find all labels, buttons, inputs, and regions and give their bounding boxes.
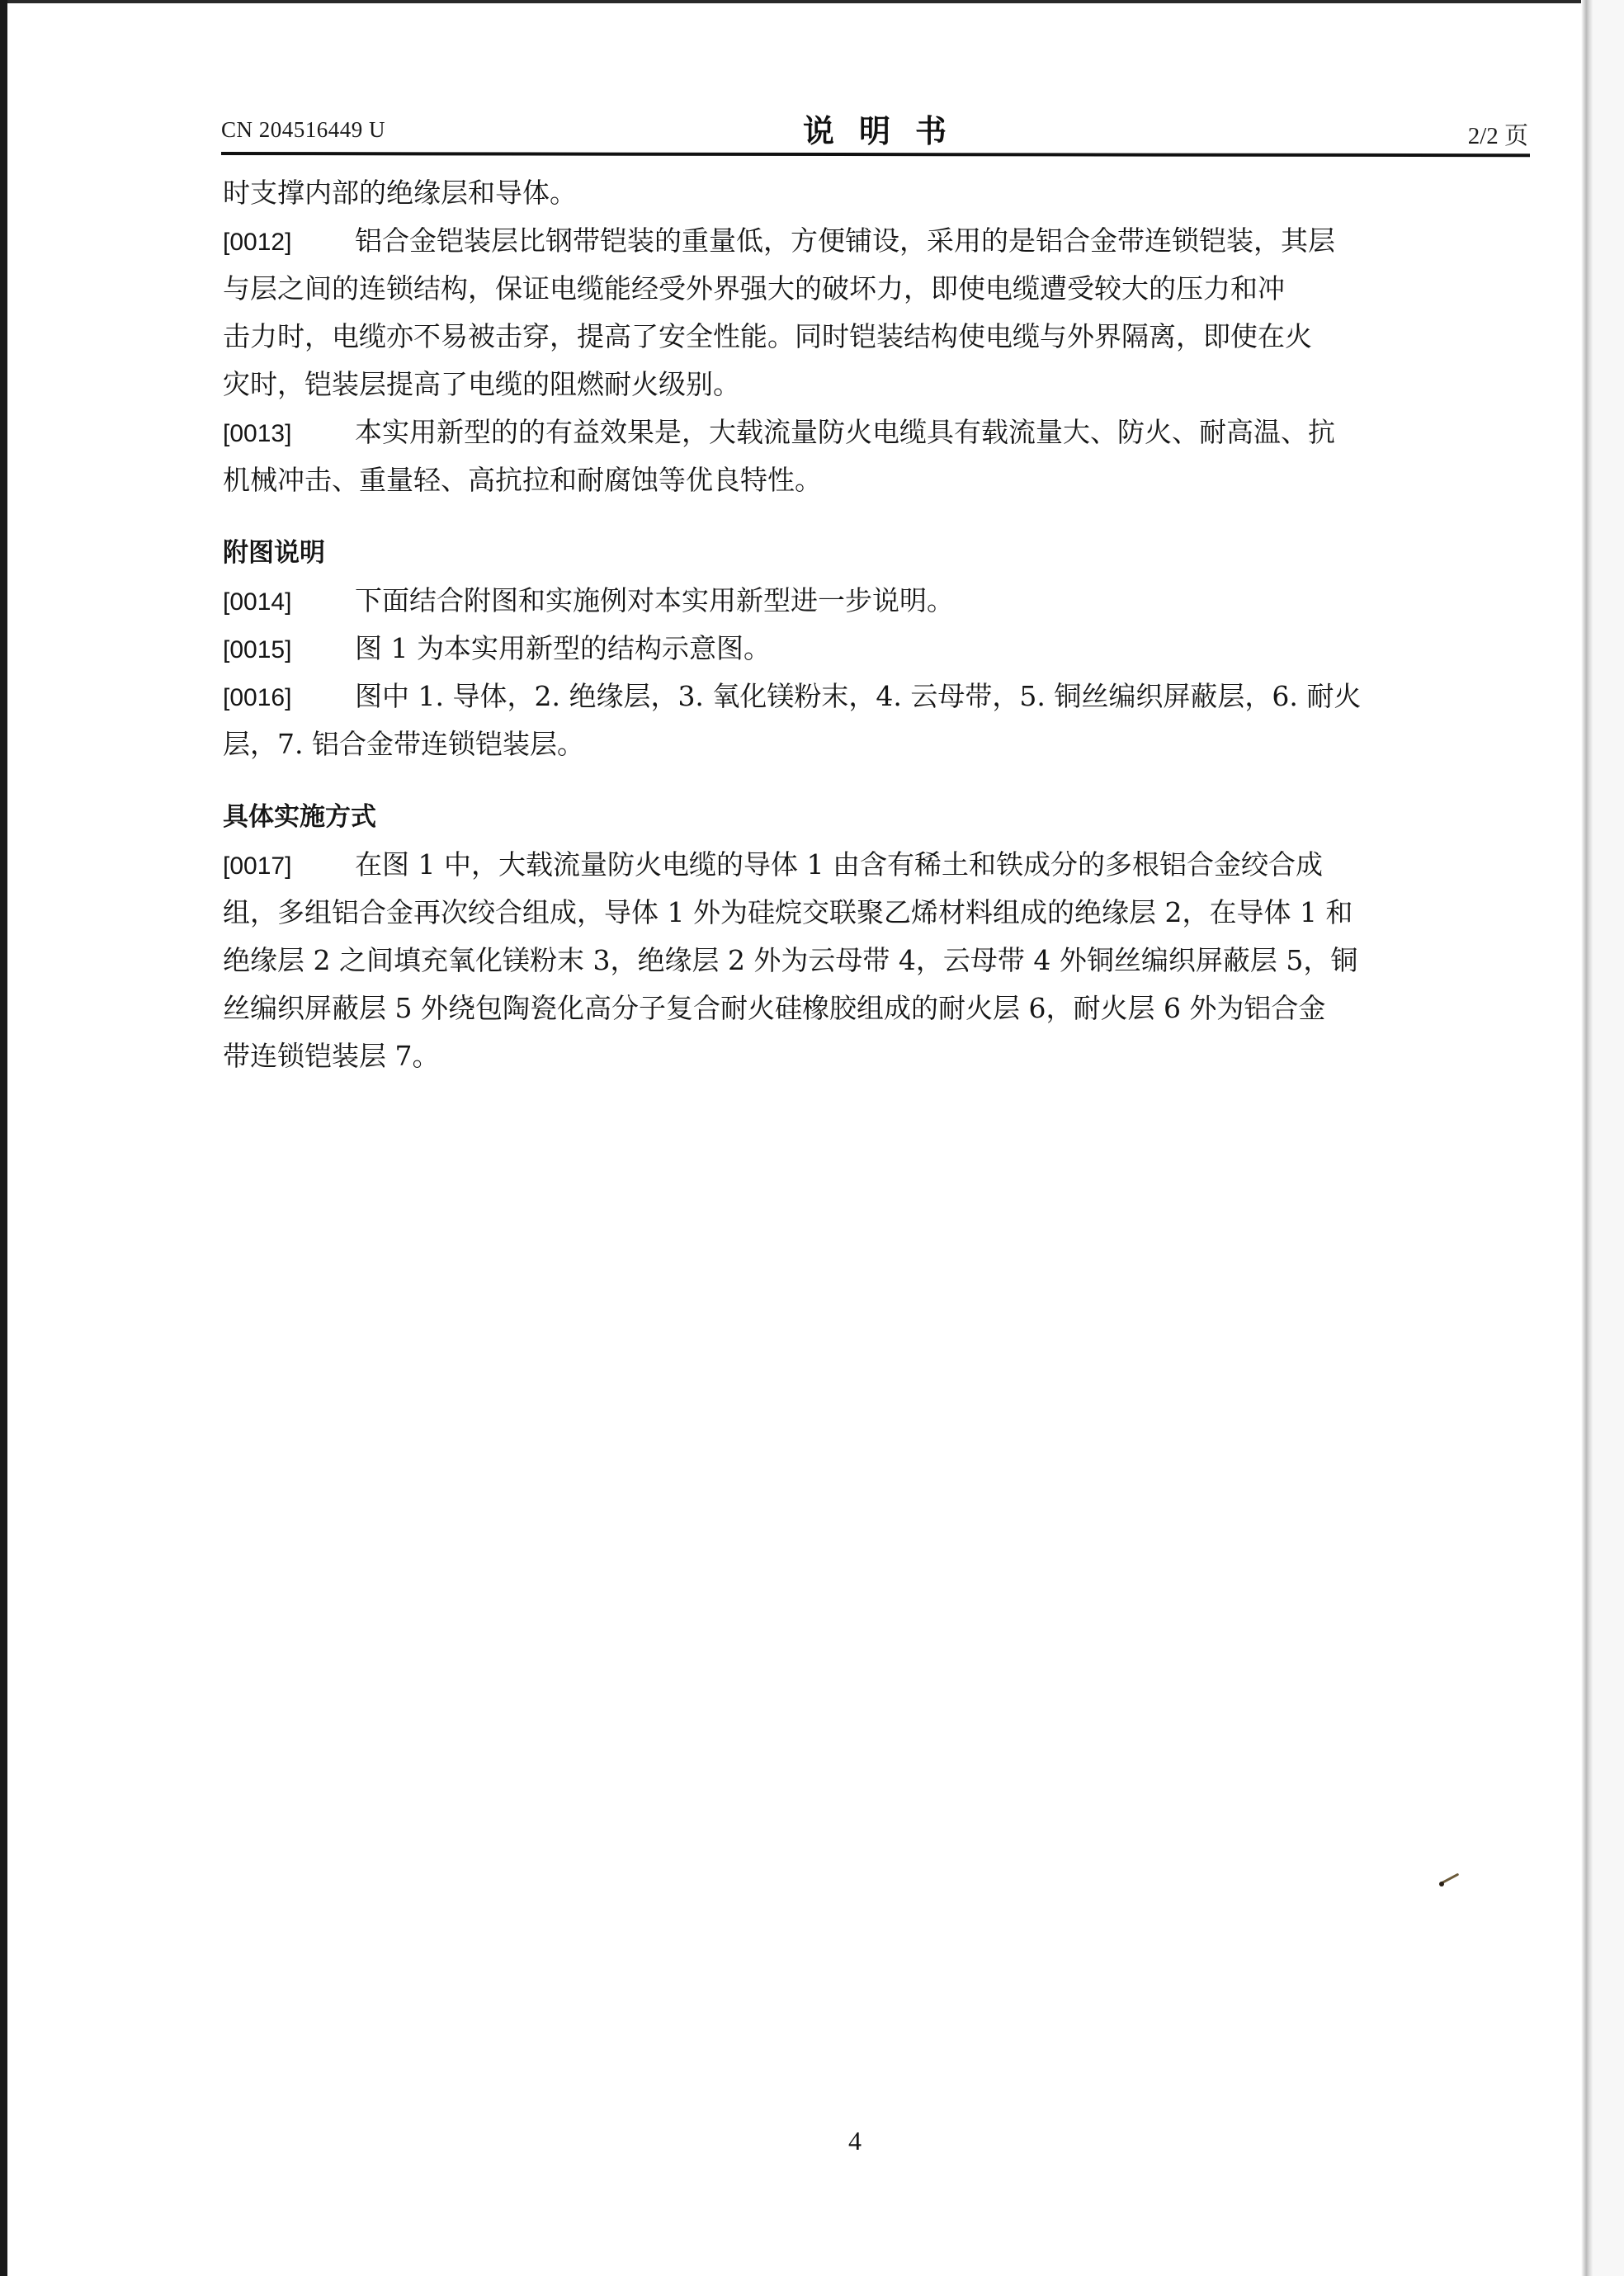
paragraph-text: 击力时，电缆亦不易被击穿，提高了安全性能。同时铠装结构使电缆与外界隔离，即使在火 — [223, 313, 1528, 361]
scan-speck-dot — [1439, 1882, 1444, 1886]
paragraph-text: 铝合金铠装层比钢带铠装的重量低，方便铺设，采用的是铝合金带连锁铠装，其层 — [355, 224, 1335, 257]
paragraph-number: [0015] — [223, 626, 355, 674]
paragraph-0014: [0014]下面结合附图和实施例对本实用新型进一步说明。 — [223, 577, 1528, 625]
document-page: CN 204516449 U 说明书 2/2 页 时支撑内部的绝缘层和导体。 [… — [0, 0, 1624, 2276]
paragraph-0017: [0017]在图 1 中，大载流量防火电缆的导体 1 由含有稀土和铁成分的多根铝… — [223, 841, 1528, 1080]
paragraph-text: 灾时，铠装层提高了电缆的阻燃耐火级别。 — [223, 361, 1528, 408]
paragraph-text: 与层之间的连锁结构，保证电缆能经受外界强大的破坏力，即使电缆遭受较大的压力和冲 — [223, 265, 1528, 313]
paragraph-text: 带连锁铠装层 7。 — [223, 1032, 1528, 1080]
paragraph-text: 绝缘层 2 之间填充氧化镁粉末 3，绝缘层 2 外为云母带 4，云母带 4 外铜… — [223, 937, 1528, 985]
page-number: 4 — [848, 2126, 862, 2156]
paragraph-text: 机械冲击、重量轻、高抗拉和耐腐蚀等优良特性。 — [223, 456, 1528, 504]
paragraph-0016: [0016]图中 1. 导体，2. 绝缘层，3. 氧化镁粉末，4. 云母带，5.… — [223, 673, 1528, 768]
section-heading-embodiment: 具体实施方式 — [223, 793, 1528, 841]
document-body: 时支撑内部的绝缘层和导体。 [0012]铝合金铠装层比钢带铠装的重量低，方便铺设… — [223, 169, 1528, 1080]
paragraph-text: 组，多组铝合金再次绞合组成，导体 1 外为硅烷交联聚乙烯材料组成的绝缘层 2，在… — [223, 889, 1528, 937]
paragraph-text: 在图 1 中，大载流量防火电缆的导体 1 由含有稀土和铁成分的多根铝合金绞合成 — [355, 848, 1323, 881]
paragraph-number: [0014] — [223, 578, 355, 626]
paragraph-0015: [0015]图 1 为本实用新型的结构示意图。 — [223, 625, 1528, 673]
continuation-line: 时支撑内部的绝缘层和导体。 — [223, 169, 1528, 217]
paragraph-text: 图 1 为本实用新型的结构示意图。 — [355, 632, 771, 664]
page-indicator: 2/2 页 — [1468, 117, 1528, 151]
section-heading-figures: 附图说明 — [223, 529, 1528, 577]
document-title: 说明书 — [221, 106, 1528, 151]
paragraph-text: 下面结合附图和实施例对本实用新型进一步说明。 — [355, 584, 954, 616]
paragraph-text: 丝编织屏蔽层 5 外绕包陶瓷化高分子复合耐火硅橡胶组成的耐火层 6，耐火层 6 … — [223, 985, 1528, 1032]
paragraph-number: [0017] — [223, 843, 355, 890]
page-header: CN 204516449 U 说明书 2/2 页 — [221, 106, 1528, 155]
header-rule — [221, 152, 1530, 157]
paragraph-0013: [0013]本实用新型的的有益效果是，大载流量防火电缆具有载流量大、防火、耐高温… — [223, 408, 1528, 504]
paragraph-text: 层，7. 铝合金带连锁铠装层。 — [223, 720, 1528, 768]
paragraph-text: 本实用新型的的有益效果是，大载流量防火电缆具有载流量大、防火、耐高温、抗 — [355, 416, 1335, 448]
paragraph-number: [0013] — [223, 410, 355, 458]
paragraph-number: [0016] — [223, 674, 355, 722]
paragraph-number: [0012] — [223, 219, 355, 267]
paragraph-0012: [0012]铝合金铠装层比钢带铠装的重量低，方便铺设，采用的是铝合金带连锁铠装，… — [223, 217, 1528, 408]
paragraph-text: 图中 1. 导体，2. 绝缘层，3. 氧化镁粉末，4. 云母带，5. 铜丝编织屏… — [355, 680, 1361, 712]
